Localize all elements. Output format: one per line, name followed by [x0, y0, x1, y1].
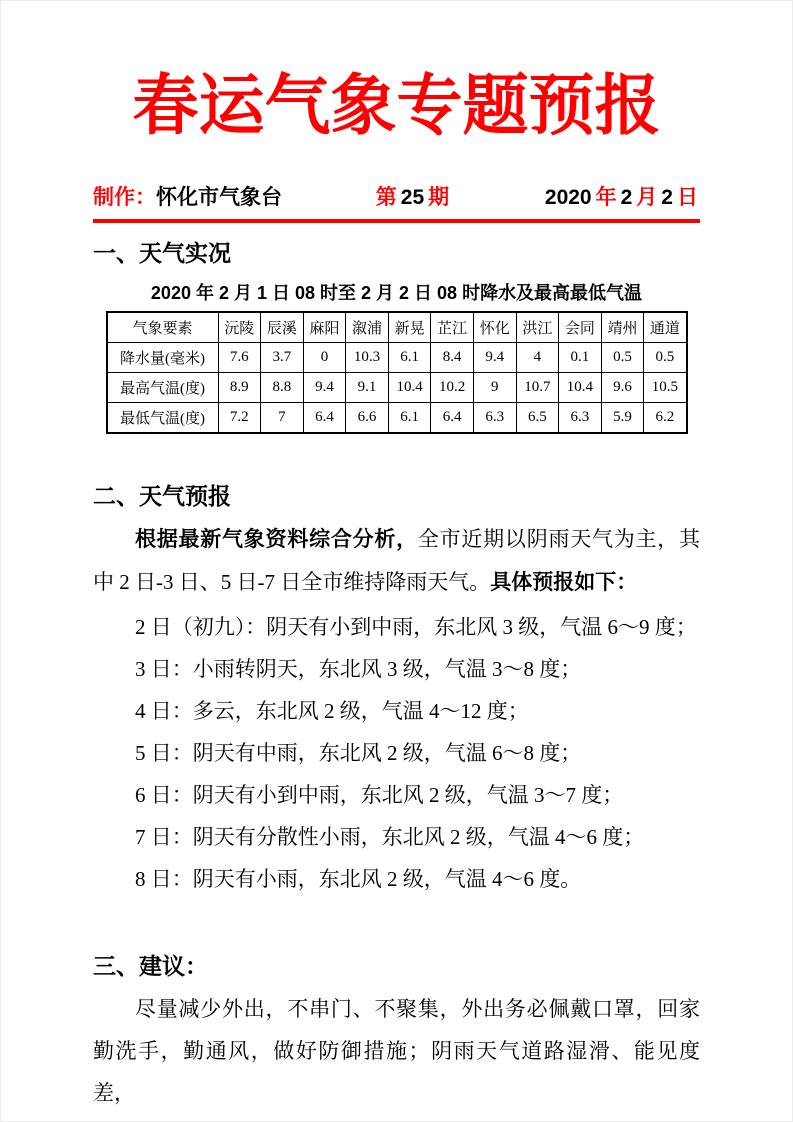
table-cell: 10.4	[559, 372, 602, 402]
producer-label: 制作：	[93, 186, 156, 209]
table-cell: 9.4	[303, 372, 346, 402]
row-label: 降水量(毫米)	[107, 342, 219, 372]
date-day-unit: 日	[677, 186, 698, 209]
weather-table: 气象要素沅陵辰溪麻阳溆浦新晃芷江怀化洪江会同靖州通道降水量(毫米)7.63.70…	[106, 311, 688, 434]
col-header-station: 溆浦	[346, 312, 389, 343]
table-cell: 6.1	[388, 402, 431, 433]
col-header-station: 沅陵	[218, 312, 261, 343]
forecast-intro-lead: 根据最新气象资料综合分析，	[135, 528, 418, 551]
row-label: 最低气温(度)	[107, 402, 219, 433]
document-page: { "colors":{"accent_red":"#ff0000","text…	[0, 0, 793, 1122]
date-year-unit: 年	[596, 186, 617, 209]
forecast-line: 5 日：阴天有中雨，东北风 2 级，气温 6～8 度；	[93, 732, 700, 774]
date-month: 2	[621, 186, 633, 209]
table-cell: 0.5	[644, 342, 687, 372]
section1-heading: 一、天气实况	[93, 237, 700, 269]
table-cell: 6.3	[473, 402, 516, 433]
table-cell: 10.4	[388, 372, 431, 402]
section3-heading: 三、建议：	[93, 950, 700, 982]
table-cell: 10.5	[644, 372, 687, 402]
table-cell: 4	[516, 342, 559, 372]
col-header-station: 辰溪	[261, 312, 304, 343]
table-cell: 8.8	[261, 372, 304, 402]
table-cell: 8.4	[431, 342, 474, 372]
table-cell: 3.7	[261, 342, 304, 372]
forecast-line: 4 日：多云，东北风 2 级，气温 4～12 度；	[93, 690, 700, 732]
table-cell: 7	[261, 402, 304, 433]
table-cell: 6.1	[388, 342, 431, 372]
forecast-line: 8 日：阴天有小雨，东北风 2 级，气温 4～6 度。	[93, 858, 700, 900]
col-header-station: 怀化	[473, 312, 516, 343]
table-cell: 0.1	[559, 342, 602, 372]
table-cell: 0	[303, 342, 346, 372]
col-header-station: 芷江	[431, 312, 474, 343]
issue-number: 第25期	[374, 181, 451, 211]
producer: 制作：怀化市气象台	[93, 181, 282, 211]
forecast-intro: 根据最新气象资料综合分析，全市近期以阴雨天气为主，其中 2 日-3 日、5 日-…	[93, 518, 700, 604]
table-cell: 9	[473, 372, 516, 402]
table-cell: 9.1	[346, 372, 389, 402]
forecast-line: 2 日（初九）：阴天有小到中雨，东北风 3 级，气温 6～9 度；	[93, 606, 700, 648]
page-title: 春运气象专题预报	[93, 59, 700, 155]
table-cell: 6.4	[303, 402, 346, 433]
table-cell: 6.6	[346, 402, 389, 433]
table-cell: 7.2	[218, 402, 261, 433]
table-row: 降水量(毫米)7.63.7010.36.18.49.440.10.50.5	[107, 342, 687, 372]
page-content: 春运气象专题预报 制作：怀化市气象台 第25期 2020年2月2日 一、天气实况…	[1, 59, 792, 1114]
col-header-station: 靖州	[601, 312, 644, 343]
issue-date: 2020年2月2日	[543, 181, 700, 211]
issue-value: 25	[401, 186, 424, 209]
table-header-row: 气象要素沅陵辰溪麻阳溆浦新晃芷江怀化洪江会同靖州通道	[107, 312, 687, 343]
issue-suffix: 期	[428, 186, 449, 209]
table-cell: 6.4	[431, 402, 474, 433]
col-header-element: 气象要素	[107, 312, 219, 343]
table-cell: 10.2	[431, 372, 474, 402]
section2-heading: 二、天气预报	[93, 480, 700, 512]
date-month-unit: 月	[636, 186, 657, 209]
row-label: 最高气温(度)	[107, 372, 219, 402]
col-header-station: 会同	[559, 312, 602, 343]
table-cell: 8.9	[218, 372, 261, 402]
col-header-station: 洪江	[516, 312, 559, 343]
producer-value: 怀化市气象台	[156, 186, 282, 209]
advice-paragraph: 尽量减少外出，不串门、不聚集，外出务必佩戴口罩，回家勤洗手，勤通风，做好防御措施…	[93, 988, 700, 1114]
table-row: 最高气温(度)8.98.89.49.110.410.2910.710.49.61…	[107, 372, 687, 402]
table-cell: 10.3	[346, 342, 389, 372]
forecast-line: 3 日：小雨转阴天，东北风 3 级，气温 3～8 度；	[93, 648, 700, 690]
col-header-station: 通道	[644, 312, 687, 343]
forecast-line: 6 日：阴天有小到中雨，东北风 2 级，气温 3～7 度；	[93, 774, 700, 816]
table-cell: 6.5	[516, 402, 559, 433]
date-year: 2020	[545, 186, 592, 209]
table-cell: 6.2	[644, 402, 687, 433]
forecast-list: 2 日（初九）：阴天有小到中雨，东北风 3 级，气温 6～9 度；3 日：小雨转…	[93, 606, 700, 900]
table-cell: 9.4	[473, 342, 516, 372]
table-cell: 5.9	[601, 402, 644, 433]
table-cell: 0.5	[601, 342, 644, 372]
table-row: 最低气温(度)7.276.46.66.16.46.36.56.35.96.2	[107, 402, 687, 433]
table-cell: 9.6	[601, 372, 644, 402]
table-cell: 6.3	[559, 402, 602, 433]
date-day: 2	[661, 186, 673, 209]
issue-prefix: 第	[376, 186, 397, 209]
table-cell: 10.7	[516, 372, 559, 402]
col-header-station: 新晃	[388, 312, 431, 343]
col-header-station: 麻阳	[303, 312, 346, 343]
header-divider	[93, 219, 700, 223]
table-cell: 7.6	[218, 342, 261, 372]
header-meta: 制作：怀化市气象台 第25期 2020年2月2日	[93, 181, 700, 211]
forecast-intro-tail: 具体预报如下：	[490, 571, 637, 594]
table-caption: 2020 年 2 月 1 日 08 时至 2 月 2 日 08 时降水及最高最低…	[93, 279, 700, 305]
forecast-line: 7 日：阴天有分散性小雨，东北风 2 级，气温 4～6 度；	[93, 816, 700, 858]
